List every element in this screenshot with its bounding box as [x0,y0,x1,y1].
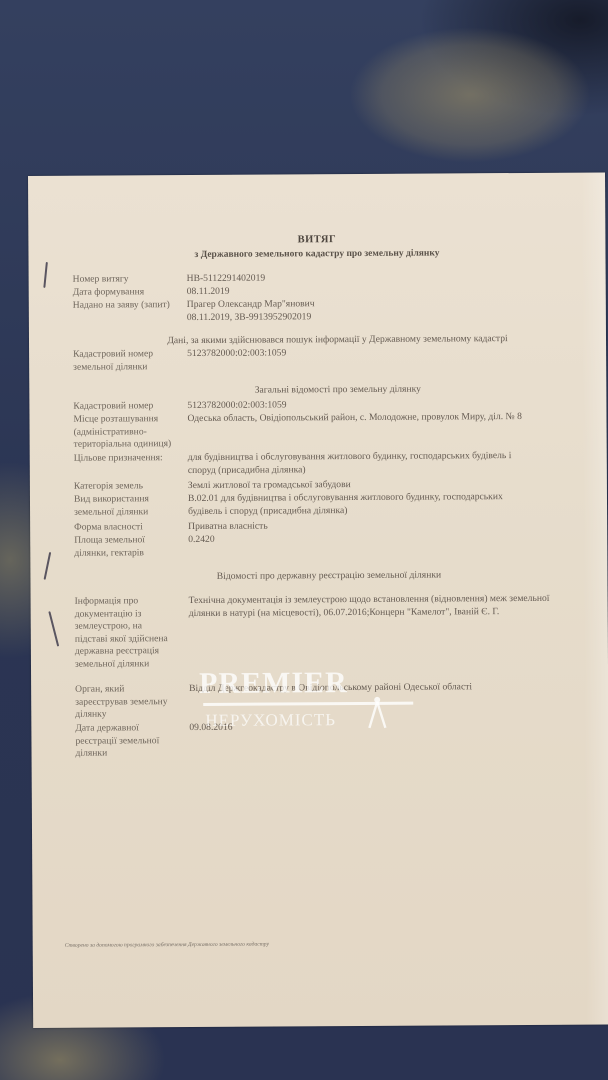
document-title: ВИТЯГ [28,232,605,247]
field-label: Дата державної реєстрації земельної діля… [75,722,171,760]
field-value: Одеська область, Овідіопольський район, … [187,411,567,426]
field-value-line2: 08.11.2019, ЗВ-9913952902019 [187,310,567,325]
pen-mark [43,262,48,288]
field-label: Цільове призначення: [74,452,194,465]
section-heading-search: Дані, за якими здійснювався пошук інформ… [69,332,606,346]
field-label: Місце розташування (адміністративно-тери… [73,413,183,451]
field-label: Номер витягу [73,273,193,286]
field-value: Відділ Держгеокадастру в Овідіопольськом… [189,681,569,696]
field-value: 09.08.2016 [189,720,569,735]
field-label: Площа земельної ділянки, гектарів [74,534,170,560]
field-value: для будівництва і обслуговування житлово… [188,450,538,477]
field-label: Орган, який зареєстрував земельну ділянк… [75,683,179,721]
document-subtitle: з Державного земельного кадастру про зем… [28,247,605,261]
field-label: Вид використання земельної ділянки [74,493,174,519]
field-label: Кадастровий номер земельної ділянки [73,348,173,374]
field-value: Технічна документація із землеустрою щод… [189,593,559,620]
field-value: В.02.01 для будівництва і обслуговування… [188,491,518,518]
watermark-underline [203,702,413,706]
field-label: Кадастровий номер [73,400,193,413]
field-label: Категорія земель [74,480,194,493]
field-value: 0.2420 [188,532,568,547]
field-label: Інформація про документацію із землеустр… [75,595,175,671]
section-heading-general: Загальні відомості про земельну ділянку [69,382,606,396]
section-heading-registration: Відомості про державну реєстрацію земель… [50,568,607,582]
cadastre-extract-document: ВИТЯГ з Державного земельного кадастру п… [28,172,608,1028]
document-footer: Створено за допомогою програмного забезп… [65,942,269,949]
field-label: Форма власності [74,521,194,534]
field-value: 5123782000:02:003:1059 [187,346,567,361]
pen-mark [48,611,59,646]
field-label: Дата формування [73,286,193,299]
